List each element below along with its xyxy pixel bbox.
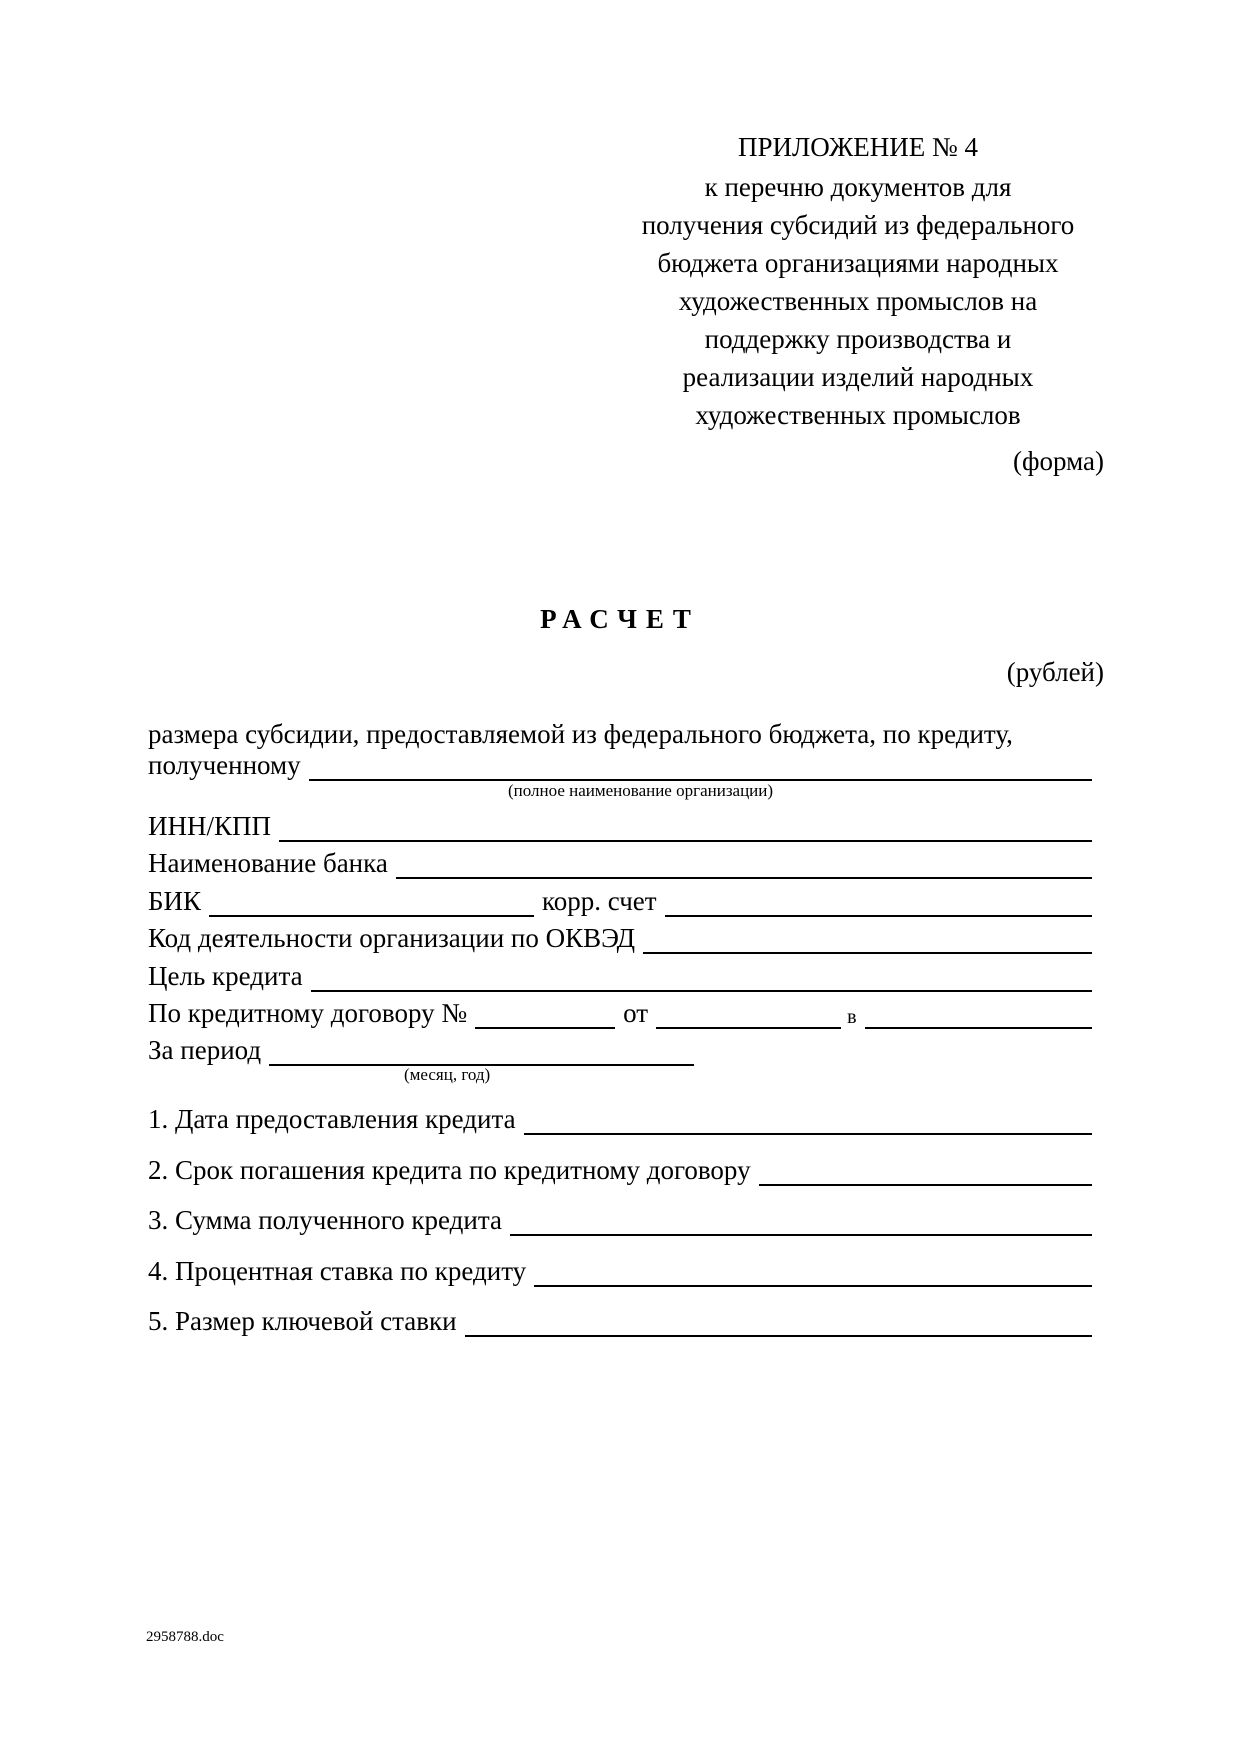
contract-no-field[interactable] — [475, 1005, 615, 1029]
intro-text: размера субсидии, предоставляемой из фед… — [148, 719, 1013, 750]
inn-kpp-field[interactable] — [279, 818, 1092, 842]
appendix-heading: ПРИЛОЖЕНИЕ № 4 — [608, 128, 1108, 166]
okved-label: Код деятельности организации по ОКВЭД — [148, 923, 635, 954]
appendix-line: получения субсидий из федерального — [608, 206, 1108, 244]
contract-from-label: от — [623, 998, 648, 1029]
period-row: За период — [148, 1032, 1092, 1066]
corr-account-label: корр. счет — [542, 886, 657, 917]
appendix-header: ПРИЛОЖЕНИЕ № 4 к перечню документов для … — [608, 128, 1108, 434]
item-row: 2. Срок погашения кредита по кредитному … — [148, 1152, 1092, 1186]
bank-name-field[interactable] — [396, 855, 1092, 879]
appendix-line: художественных промыслов на — [608, 282, 1108, 320]
item-label: 3. Сумма полученного кредита — [148, 1205, 502, 1236]
period-caption: (месяц, год) — [404, 1065, 490, 1085]
repayment-term-field[interactable] — [759, 1162, 1092, 1186]
appendix-line: к перечню документов для — [608, 168, 1108, 206]
inn-kpp-label: ИНН/КПП — [148, 811, 271, 842]
interest-rate-field[interactable] — [534, 1263, 1092, 1287]
organization-name-field[interactable] — [309, 757, 1092, 781]
item-row: 3. Сумма полученного кредита — [148, 1202, 1092, 1236]
credit-purpose-row: Цель кредита — [148, 958, 1092, 992]
bank-name-row: Наименование банка — [148, 845, 1092, 879]
period-field[interactable] — [269, 1042, 694, 1066]
appendix-line: поддержку производства и — [608, 320, 1108, 358]
credit-purpose-field[interactable] — [311, 968, 1092, 992]
received-row: полученному — [148, 747, 1092, 781]
appendix-line: бюджета организациями народных — [608, 244, 1108, 282]
footer-filename: 2958788.doc — [146, 1629, 224, 1646]
contract-place-field[interactable] — [865, 1005, 1092, 1029]
item-row: 5. Размер ключевой ставки — [148, 1303, 1092, 1337]
item-label: 5. Размер ключевой ставки — [148, 1306, 457, 1337]
credit-date-field[interactable] — [524, 1111, 1092, 1135]
document-title: РАСЧЕТ — [0, 604, 1240, 635]
contract-row: По кредитному договору № от в — [148, 995, 1092, 1029]
item-row: 4. Процентная ставка по кредиту — [148, 1253, 1092, 1287]
units-label: (рублей) — [1007, 657, 1104, 688]
bank-name-label: Наименование банка — [148, 848, 388, 879]
period-label: За период — [148, 1035, 261, 1066]
item-row: 1. Дата предоставления кредита — [148, 1101, 1092, 1135]
okved-field[interactable] — [643, 930, 1092, 954]
appendix-line: художественных промыслов — [608, 396, 1108, 434]
credit-amount-field[interactable] — [510, 1212, 1092, 1236]
key-rate-field[interactable] — [465, 1313, 1092, 1337]
item-label: 2. Срок погашения кредита по кредитному … — [148, 1155, 751, 1186]
contract-in-label: в — [847, 1006, 856, 1029]
appendix-line: реализации изделий народных — [608, 358, 1108, 396]
bik-field[interactable] — [209, 893, 534, 917]
intro-line: размера субсидии, предоставляемой из фед… — [148, 716, 1092, 750]
corr-account-field[interactable] — [665, 893, 1092, 917]
org-caption: (полное наименование организации) — [508, 781, 773, 801]
bik-row: БИК корр. счет — [148, 883, 1092, 917]
okved-row: Код деятельности организации по ОКВЭД — [148, 920, 1092, 954]
bik-label: БИК — [148, 886, 201, 917]
item-label: 1. Дата предоставления кредита — [148, 1104, 516, 1135]
contract-no-label: По кредитному договору № — [148, 998, 467, 1029]
contract-date-field[interactable] — [656, 1005, 841, 1029]
item-label: 4. Процентная ставка по кредиту — [148, 1256, 526, 1287]
form-label: (форма) — [1013, 446, 1104, 477]
inn-kpp-row: ИНН/КПП — [148, 808, 1092, 842]
credit-purpose-label: Цель кредита — [148, 961, 303, 992]
received-label: полученному — [148, 750, 301, 781]
